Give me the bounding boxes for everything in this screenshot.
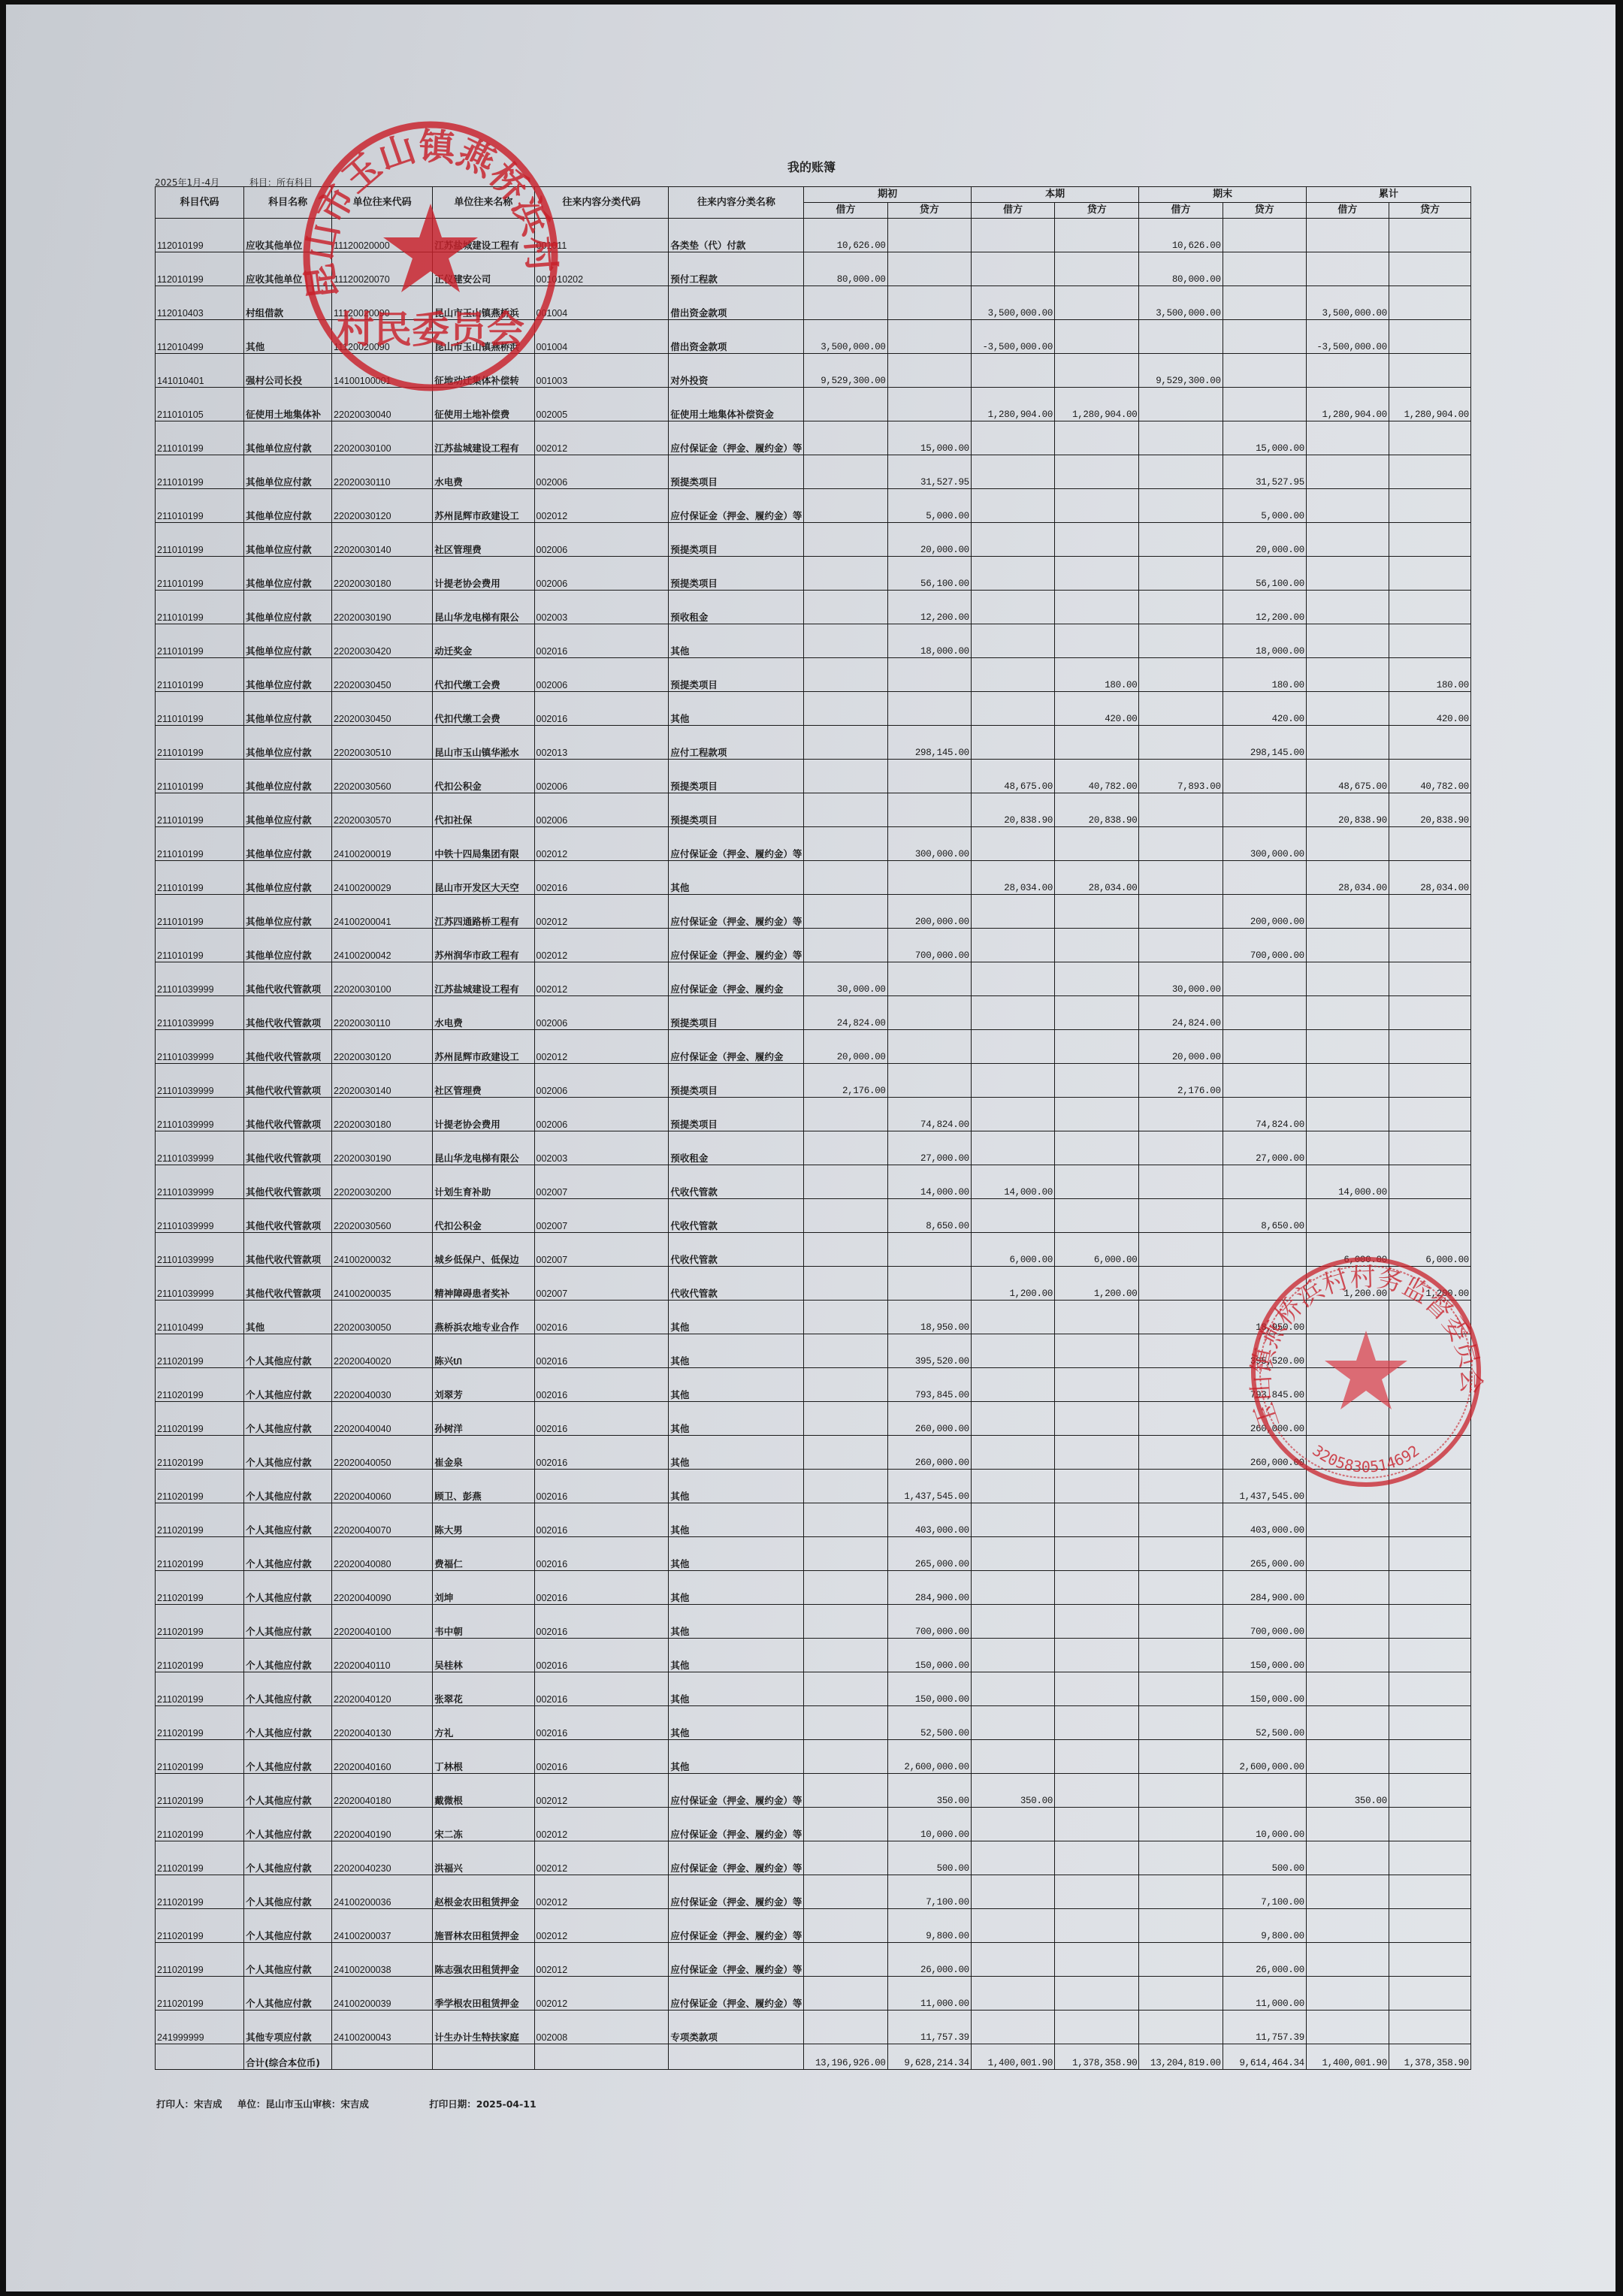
cell-cumulative-debit <box>1306 1537 1389 1571</box>
cell-closing-credit: 700,000.00 <box>1223 929 1306 962</box>
cell-current-debit <box>971 1470 1054 1503</box>
cell-current-debit <box>971 658 1054 692</box>
cell-category-code: 002007 <box>534 1233 669 1267</box>
cell-cumulative-credit <box>1389 320 1470 354</box>
cell-cumulative-credit <box>1389 455 1470 489</box>
cell-current-credit <box>1055 1131 1139 1165</box>
cell-category-name: 代收代管款 <box>669 1233 804 1267</box>
cell-closing-credit: 500.00 <box>1223 1841 1306 1875</box>
cell-current-credit <box>1055 1165 1139 1199</box>
cell-subject-code: 211020199 <box>156 1808 244 1841</box>
cell-partner-name: 昆山华龙电梯有限公 <box>433 591 534 624</box>
cell-partner-name: 精神障碍患者奖补 <box>433 1267 534 1301</box>
cell-current-credit <box>1055 1639 1139 1672</box>
cell-partner-code: 22020030180 <box>332 1098 433 1131</box>
cell-subject-code: 211020199 <box>156 1470 244 1503</box>
cell-partner-code: 22020030190 <box>332 1131 433 1165</box>
cell-cumulative-credit <box>1389 895 1470 929</box>
cell-subject-name: 个人其他应付款 <box>244 1503 332 1537</box>
cell-cumulative-credit: 1,200.00 <box>1389 1267 1470 1301</box>
cell-cumulative-credit <box>1389 1165 1470 1199</box>
ledger-row: 112010199应收其他单位11120020000江苏盐城建设工程有00101… <box>156 219 1471 252</box>
cell-opening-credit <box>887 1267 971 1301</box>
cell-closing-credit: 5,000.00 <box>1223 489 1306 523</box>
cell-cumulative-credit <box>1389 1030 1470 1064</box>
cell-current-debit: -3,500,000.00 <box>971 320 1054 354</box>
cell-closing-credit: 298,145.00 <box>1223 726 1306 760</box>
ledger-row: 211020199个人其他应付款22020040070陈大男002016其他40… <box>156 1503 1471 1537</box>
cell-partner-code: 24100200032 <box>332 1233 433 1267</box>
cell-opening-credit <box>887 996 971 1030</box>
cell-cumulative-debit <box>1306 1301 1389 1334</box>
cell-cumulative-debit: 1,200.00 <box>1306 1267 1389 1301</box>
cell-partner-code: 22020030420 <box>332 624 433 658</box>
cell-closing-credit <box>1223 1165 1306 1199</box>
cell-category-code: 001011 <box>534 219 669 252</box>
cell-closing-credit: 284,900.00 <box>1223 1571 1306 1605</box>
cell-partner-code: 22020040230 <box>332 1841 433 1875</box>
cell-closing-debit <box>1139 557 1223 591</box>
cell-cumulative-credit <box>1389 1470 1470 1503</box>
cell-closing-credit: 11,757.39 <box>1223 2011 1306 2044</box>
cell-current-credit <box>1055 1605 1139 1639</box>
cell-cumulative-debit <box>1306 1639 1389 1672</box>
col-subject-name: 科目名称 <box>244 187 332 219</box>
cell-closing-credit: 7,100.00 <box>1223 1875 1306 1909</box>
cell-opening-debit <box>804 1199 887 1233</box>
cell-closing-credit: 9,800.00 <box>1223 1909 1306 1943</box>
cell-closing-debit <box>1139 1639 1223 1672</box>
cell-partner-code: 22020030570 <box>332 793 433 827</box>
cell-current-credit <box>1055 929 1139 962</box>
cell-current-debit <box>971 895 1054 929</box>
cell-closing-debit: 3,500,000.00 <box>1139 286 1223 320</box>
cell-partner-name: 孙树洋 <box>433 1402 534 1436</box>
ledger-row: 21101039999其他代收代管款项24100200035精神障碍患者奖补00… <box>156 1267 1471 1301</box>
cell-current-credit <box>1055 219 1139 252</box>
cell-current-debit <box>971 1639 1054 1672</box>
ledger-row: 211010199其他单位应付款24100200029昆山市开发区大天空0020… <box>156 861 1471 895</box>
cell-subject-code: 211010199 <box>156 523 244 557</box>
cell-closing-debit <box>1139 421 1223 455</box>
col-debit: 借方 <box>1306 203 1389 219</box>
cell-opening-debit <box>804 1267 887 1301</box>
cell-category-code: 002006 <box>534 658 669 692</box>
cell-cumulative-credit <box>1389 1368 1470 1402</box>
cell-category-code: 002012 <box>534 1875 669 1909</box>
cell-subject-code: 211010199 <box>156 692 244 726</box>
cell-subject-code: 211020199 <box>156 1436 244 1470</box>
cell-current-credit <box>1055 1875 1139 1909</box>
cell-partner-name: 正仪建安公司 <box>433 252 534 286</box>
cell-opening-debit <box>804 1402 887 1436</box>
cell-current-credit <box>1055 1909 1139 1943</box>
cell-opening-debit <box>804 1605 887 1639</box>
cell-closing-credit <box>1223 962 1306 996</box>
cell-current-debit <box>971 1706 1054 1740</box>
cell-current-credit <box>1055 624 1139 658</box>
cell-partner-name: 赵根金农田租赁押金 <box>433 1875 534 1909</box>
ledger-row: 211020199个人其他应付款22020040190宋二冻002012应付保证… <box>156 1808 1471 1841</box>
cell-partner-code: 11120020090 <box>332 286 433 320</box>
cell-category-name: 其他 <box>669 1368 804 1402</box>
total-cumulative-credit: 1,378,358.90 <box>1389 2044 1470 2070</box>
cell-subject-code: 211020199 <box>156 1571 244 1605</box>
cell-cumulative-debit <box>1306 523 1389 557</box>
cell-category-name: 其他 <box>669 861 804 895</box>
cell-category-code: 001003 <box>534 354 669 388</box>
cell-current-debit <box>971 1841 1054 1875</box>
cell-current-debit <box>971 1875 1054 1909</box>
ledger-row: 211020199个人其他应付款22020040180戴微根002012应付保证… <box>156 1774 1471 1808</box>
cell-partner-name: 社区管理费 <box>433 1064 534 1098</box>
cell-cumulative-debit <box>1306 1368 1389 1402</box>
cell-opening-credit: 700,000.00 <box>887 1605 971 1639</box>
cell-current-credit <box>1055 1537 1139 1571</box>
cell-opening-credit: 26,000.00 <box>887 1943 971 1977</box>
cell-cumulative-debit <box>1306 827 1389 861</box>
cell-current-credit <box>1055 1977 1139 2011</box>
cell-current-credit <box>1055 421 1139 455</box>
cell-partner-name: 费福仁 <box>433 1537 534 1571</box>
cell-current-debit <box>971 1537 1054 1571</box>
cell-opening-credit <box>887 861 971 895</box>
cell-cumulative-credit <box>1389 962 1470 996</box>
cell-opening-debit <box>804 1503 887 1537</box>
cell-opening-credit: 2,600,000.00 <box>887 1740 971 1774</box>
cell-subject-name: 个人其他应付款 <box>244 1706 332 1740</box>
cell-subject-code: 211020199 <box>156 1368 244 1402</box>
cell-closing-credit: 18,950.00 <box>1223 1301 1306 1334</box>
cell-category-name: 其他 <box>669 1301 804 1334</box>
cell-cumulative-credit <box>1389 1740 1470 1774</box>
total-empty-cell <box>433 2044 534 2070</box>
cell-opening-debit <box>804 760 887 793</box>
ledger-row: 211010499其他22020030050燕桥浜农地专业合作002016其他1… <box>156 1301 1471 1334</box>
cell-subject-name: 其他单位应付款 <box>244 523 332 557</box>
cell-subject-name: 村组借款 <box>244 286 332 320</box>
cell-subject-code: 112010403 <box>156 286 244 320</box>
cell-cumulative-debit <box>1306 421 1389 455</box>
cell-subject-code: 211010105 <box>156 388 244 421</box>
cell-opening-debit <box>804 1470 887 1503</box>
cell-category-code: 002016 <box>534 1503 669 1537</box>
cell-partner-name: 崔金泉 <box>433 1436 534 1470</box>
ledger-row: 211010199其他单位应付款22020030140社区管理费002006预提… <box>156 523 1471 557</box>
cell-current-credit <box>1055 1030 1139 1064</box>
ledger-row: 211010199其他单位应付款22020030560代扣公积金002006预提… <box>156 760 1471 793</box>
ledger-row: 211010199其他单位应付款24100200042苏州润华市政工程有0020… <box>156 929 1471 962</box>
cell-category-code: 002006 <box>534 793 669 827</box>
cell-current-credit <box>1055 1368 1139 1402</box>
cell-closing-credit: 260,000.00 <box>1223 1436 1306 1470</box>
cell-closing-credit: 2,600,000.00 <box>1223 1740 1306 1774</box>
cell-category-name: 预收租金 <box>669 1131 804 1165</box>
cell-subject-name: 强村公司长投 <box>244 354 332 388</box>
cell-opening-credit <box>887 962 971 996</box>
cell-current-credit <box>1055 1402 1139 1436</box>
cell-closing-credit <box>1223 1233 1306 1267</box>
cell-current-debit <box>971 1672 1054 1706</box>
cell-closing-credit <box>1223 1267 1306 1301</box>
cell-subject-name: 其他单位应付款 <box>244 455 332 489</box>
cell-current-debit <box>971 591 1054 624</box>
cell-cumulative-debit <box>1306 996 1389 1030</box>
cell-subject-name: 个人其他应付款 <box>244 1537 332 1571</box>
cell-category-name: 应付保证金（押金、履约金）等 <box>669 1943 804 1977</box>
cell-category-code: 002012 <box>534 1030 669 1064</box>
cell-subject-name: 其他单位应付款 <box>244 793 332 827</box>
cell-closing-credit: 11,000.00 <box>1223 1977 1306 2011</box>
cell-partner-code: 22020040130 <box>332 1706 433 1740</box>
cell-closing-credit: 700,000.00 <box>1223 1605 1306 1639</box>
cell-cumulative-credit <box>1389 1977 1470 2011</box>
cell-category-name: 预提类项目 <box>669 1098 804 1131</box>
cell-subject-code: 21101039999 <box>156 1131 244 1165</box>
cell-current-debit <box>971 1943 1054 1977</box>
cell-partner-name: 昆山市玉山镇燕桥浜 <box>433 320 534 354</box>
cell-partner-code: 22020030110 <box>332 996 433 1030</box>
cell-current-credit <box>1055 523 1139 557</box>
cell-subject-name: 其他单位应付款 <box>244 726 332 760</box>
cell-closing-debit <box>1139 1774 1223 1808</box>
cell-cumulative-debit <box>1306 1875 1389 1909</box>
col-category-name: 往来内容分类名称 <box>669 187 804 219</box>
cell-closing-debit <box>1139 1571 1223 1605</box>
cell-opening-credit: 200,000.00 <box>887 895 971 929</box>
cell-closing-debit <box>1139 489 1223 523</box>
cell-category-code: 002007 <box>534 1199 669 1233</box>
cell-cumulative-debit: 350.00 <box>1306 1774 1389 1808</box>
cell-category-name: 应付保证金（押金、履约金）等 <box>669 929 804 962</box>
cell-current-credit <box>1055 996 1139 1030</box>
cell-current-credit <box>1055 1841 1139 1875</box>
cell-current-credit <box>1055 1740 1139 1774</box>
cell-closing-credit: 150,000.00 <box>1223 1672 1306 1706</box>
cell-opening-credit: 18,950.00 <box>887 1301 971 1334</box>
cell-opening-debit <box>804 1098 887 1131</box>
cell-opening-debit <box>804 658 887 692</box>
cell-closing-credit <box>1223 1774 1306 1808</box>
cell-partner-code: 24100200037 <box>332 1909 433 1943</box>
cell-subject-name: 个人其他应付款 <box>244 1470 332 1503</box>
cell-opening-credit: 403,000.00 <box>887 1503 971 1537</box>
total-row: 合计(综合本位币) 13,196,926.00 9,628,214.34 1,4… <box>156 2044 1471 2070</box>
print-footer: 打印人：宋吉成 单位：昆山市玉山审核：宋吉成 打印日期：2025-04-11 <box>156 2097 549 2110</box>
cell-category-name: 对外投资 <box>669 354 804 388</box>
cell-opening-debit <box>804 1841 887 1875</box>
cell-opening-credit <box>887 354 971 388</box>
cell-closing-debit <box>1139 793 1223 827</box>
cell-cumulative-debit: 1,280,904.00 <box>1306 388 1389 421</box>
cell-opening-debit: 80,000.00 <box>804 252 887 286</box>
cell-category-code: 002016 <box>534 1470 669 1503</box>
cell-subject-code: 211010199 <box>156 726 244 760</box>
cell-partner-name: 顾卫、彭燕 <box>433 1470 534 1503</box>
cell-partner-code: 22020040020 <box>332 1334 433 1368</box>
cell-category-name: 应付工程款项 <box>669 726 804 760</box>
cell-closing-debit: 2,176.00 <box>1139 1064 1223 1098</box>
cell-current-debit <box>971 1605 1054 1639</box>
cell-category-code: 001004 <box>534 286 669 320</box>
cell-opening-credit <box>887 692 971 726</box>
cell-cumulative-credit <box>1389 1605 1470 1639</box>
cell-category-name: 代收代管款 <box>669 1199 804 1233</box>
cell-cumulative-debit <box>1306 1402 1389 1436</box>
total-empty-cell <box>669 2044 804 2070</box>
ledger-row: 211010199其他单位应付款22020030570代扣社保002006预提类… <box>156 793 1471 827</box>
cell-category-name: 借出资金款项 <box>669 286 804 320</box>
cell-subject-name: 个人其他应付款 <box>244 1436 332 1470</box>
cell-opening-credit: 27,000.00 <box>887 1131 971 1165</box>
cell-subject-name: 其他代收代管款项 <box>244 1199 332 1233</box>
cell-subject-name: 其他代收代管款项 <box>244 1233 332 1267</box>
cell-category-name: 应付保证金（押金、履约金）等 <box>669 489 804 523</box>
cell-current-credit <box>1055 320 1139 354</box>
cell-subject-name: 其他代收代管款项 <box>244 1064 332 1098</box>
cell-partner-name: 吴桂林 <box>433 1639 534 1672</box>
cell-opening-debit <box>804 523 887 557</box>
cell-opening-credit: 395,520.00 <box>887 1334 971 1368</box>
cell-partner-code: 22020030050 <box>332 1301 433 1334</box>
cell-closing-debit <box>1139 827 1223 861</box>
cell-partner-name: 昆山市玉山镇华淞水 <box>433 726 534 760</box>
cell-partner-code: 22020030120 <box>332 489 433 523</box>
cell-closing-debit <box>1139 692 1223 726</box>
cell-category-code: 002012 <box>534 895 669 929</box>
cell-current-credit: 20,838.90 <box>1055 793 1139 827</box>
cell-closing-credit: 420.00 <box>1223 692 1306 726</box>
cell-cumulative-debit <box>1306 929 1389 962</box>
ledger-row: 211020199个人其他应付款22020040110吴桂林002016其他15… <box>156 1639 1471 1672</box>
cell-cumulative-credit <box>1389 557 1470 591</box>
cell-cumulative-credit <box>1389 1199 1470 1233</box>
cell-opening-credit: 700,000.00 <box>887 929 971 962</box>
cell-cumulative-credit <box>1389 1639 1470 1672</box>
cell-opening-debit <box>804 1977 887 2011</box>
cell-current-debit <box>971 523 1054 557</box>
cell-category-code: 002016 <box>534 1334 669 1368</box>
cell-category-name: 其他 <box>669 624 804 658</box>
cell-subject-name: 其他单位应付款 <box>244 658 332 692</box>
cell-partner-name: 昆山华龙电梯有限公 <box>433 1131 534 1165</box>
cell-opening-debit <box>804 455 887 489</box>
cell-cumulative-credit <box>1389 1808 1470 1841</box>
cell-partner-name: 刘翠芳 <box>433 1368 534 1402</box>
cell-opening-debit <box>804 827 887 861</box>
cell-cumulative-debit <box>1306 489 1389 523</box>
cell-opening-credit: 7,100.00 <box>887 1875 971 1909</box>
cell-closing-credit: 260,000.00 <box>1223 1402 1306 1436</box>
cell-subject-name: 其他代收代管款项 <box>244 1098 332 1131</box>
cell-opening-credit: 265,000.00 <box>887 1537 971 1571</box>
ledger-row: 21101039999其他代收代管款项22020030120苏州昆辉市政建设工0… <box>156 1030 1471 1064</box>
cell-subject-code: 21101039999 <box>156 962 244 996</box>
cell-partner-name: 计提老协会费用 <box>433 1098 534 1131</box>
cell-opening-debit: 24,824.00 <box>804 996 887 1030</box>
cell-current-credit <box>1055 354 1139 388</box>
ledger-row: 21101039999其他代收代管款项22020030180计提老协会费用002… <box>156 1098 1471 1131</box>
cell-opening-debit <box>804 421 887 455</box>
cell-partner-name: 水电费 <box>433 455 534 489</box>
cell-closing-debit <box>1139 1605 1223 1639</box>
cell-opening-debit <box>804 861 887 895</box>
cell-partner-code: 22020030140 <box>332 1064 433 1098</box>
ledger-row: 21101039999其他代收代管款项22020030200计划生育补助0020… <box>156 1165 1471 1199</box>
cell-closing-credit: 12,200.00 <box>1223 591 1306 624</box>
col-partner-name: 单位往来名称 <box>433 187 534 219</box>
ledger-row: 211010199其他单位应付款24100200019中铁十四局集团有限0020… <box>156 827 1471 861</box>
cell-cumulative-debit <box>1306 658 1389 692</box>
cell-opening-debit <box>804 1233 887 1267</box>
col-credit: 贷方 <box>887 203 971 219</box>
cell-subject-name: 个人其他应付款 <box>244 1977 332 2011</box>
total-empty-cell <box>332 2044 433 2070</box>
cell-current-debit <box>971 1301 1054 1334</box>
cell-category-code: 002008 <box>534 2011 669 2044</box>
cell-current-debit <box>971 219 1054 252</box>
cell-closing-debit <box>1139 726 1223 760</box>
cell-subject-code: 211020199 <box>156 1672 244 1706</box>
cell-partner-name: 计提老协会费用 <box>433 557 534 591</box>
cell-subject-name: 其他代收代管款项 <box>244 962 332 996</box>
cell-cumulative-debit <box>1306 1098 1389 1131</box>
cell-closing-credit: 395,520.00 <box>1223 1334 1306 1368</box>
ledger-row: 211020199个人其他应付款24100200039季学根农田租赁押金0020… <box>156 1977 1471 2011</box>
cell-cumulative-credit <box>1389 523 1470 557</box>
cell-partner-code: 11120020090 <box>332 320 433 354</box>
ledger-row: 21101039999其他代收代管款项24100200032城乡低保户、低保边0… <box>156 1233 1471 1267</box>
cell-category-name: 其他 <box>669 1436 804 1470</box>
cell-closing-credit: 10,000.00 <box>1223 1808 1306 1841</box>
cell-closing-debit <box>1139 658 1223 692</box>
cell-closing-debit <box>1139 1875 1223 1909</box>
cell-closing-credit: 52,500.00 <box>1223 1706 1306 1740</box>
col-category-code: 往来内容分类代码 <box>534 187 669 219</box>
cell-closing-credit <box>1223 793 1306 827</box>
cell-partner-code: 22020040120 <box>332 1672 433 1706</box>
cell-partner-name: 城乡低保户、低保边 <box>433 1233 534 1267</box>
cell-current-debit <box>971 455 1054 489</box>
cell-partner-name: 社区管理费 <box>433 523 534 557</box>
ledger-row: 211020199个人其他应付款24100200036赵根金农田租赁押金0020… <box>156 1875 1471 1909</box>
cell-category-name: 预提类项目 <box>669 760 804 793</box>
cell-category-code: 002016 <box>534 692 669 726</box>
cell-partner-name: 方礼 <box>433 1706 534 1740</box>
cell-subject-code: 211010199 <box>156 591 244 624</box>
cell-opening-debit <box>804 1368 887 1402</box>
total-closing-credit: 9,614,464.34 <box>1223 2044 1306 2070</box>
cell-current-debit <box>971 2011 1054 2044</box>
cell-subject-code: 211010199 <box>156 489 244 523</box>
cell-partner-name: 戴微根 <box>433 1774 534 1808</box>
ledger-row: 21101039999其他代收代管款项22020030110水电费002006预… <box>156 996 1471 1030</box>
ledger-row: 141010401强村公司长投14100100001征地动迁集体补偿转00100… <box>156 354 1471 388</box>
cell-subject-code: 112010499 <box>156 320 244 354</box>
cell-opening-debit <box>804 624 887 658</box>
cell-current-debit <box>971 1402 1054 1436</box>
cell-opening-credit: 18,000.00 <box>887 624 971 658</box>
ledger-row: 211020199个人其他应付款22020040020陈兴ហ002016其他39… <box>156 1334 1471 1368</box>
cell-closing-debit: 9,529,300.00 <box>1139 354 1223 388</box>
cell-closing-credit <box>1223 219 1306 252</box>
cell-cumulative-debit <box>1306 1131 1389 1165</box>
cell-current-credit <box>1055 1571 1139 1605</box>
cell-current-debit <box>971 929 1054 962</box>
cell-cumulative-debit <box>1306 1470 1389 1503</box>
cell-partner-code: 22020030120 <box>332 1030 433 1064</box>
cell-current-credit <box>1055 1301 1139 1334</box>
